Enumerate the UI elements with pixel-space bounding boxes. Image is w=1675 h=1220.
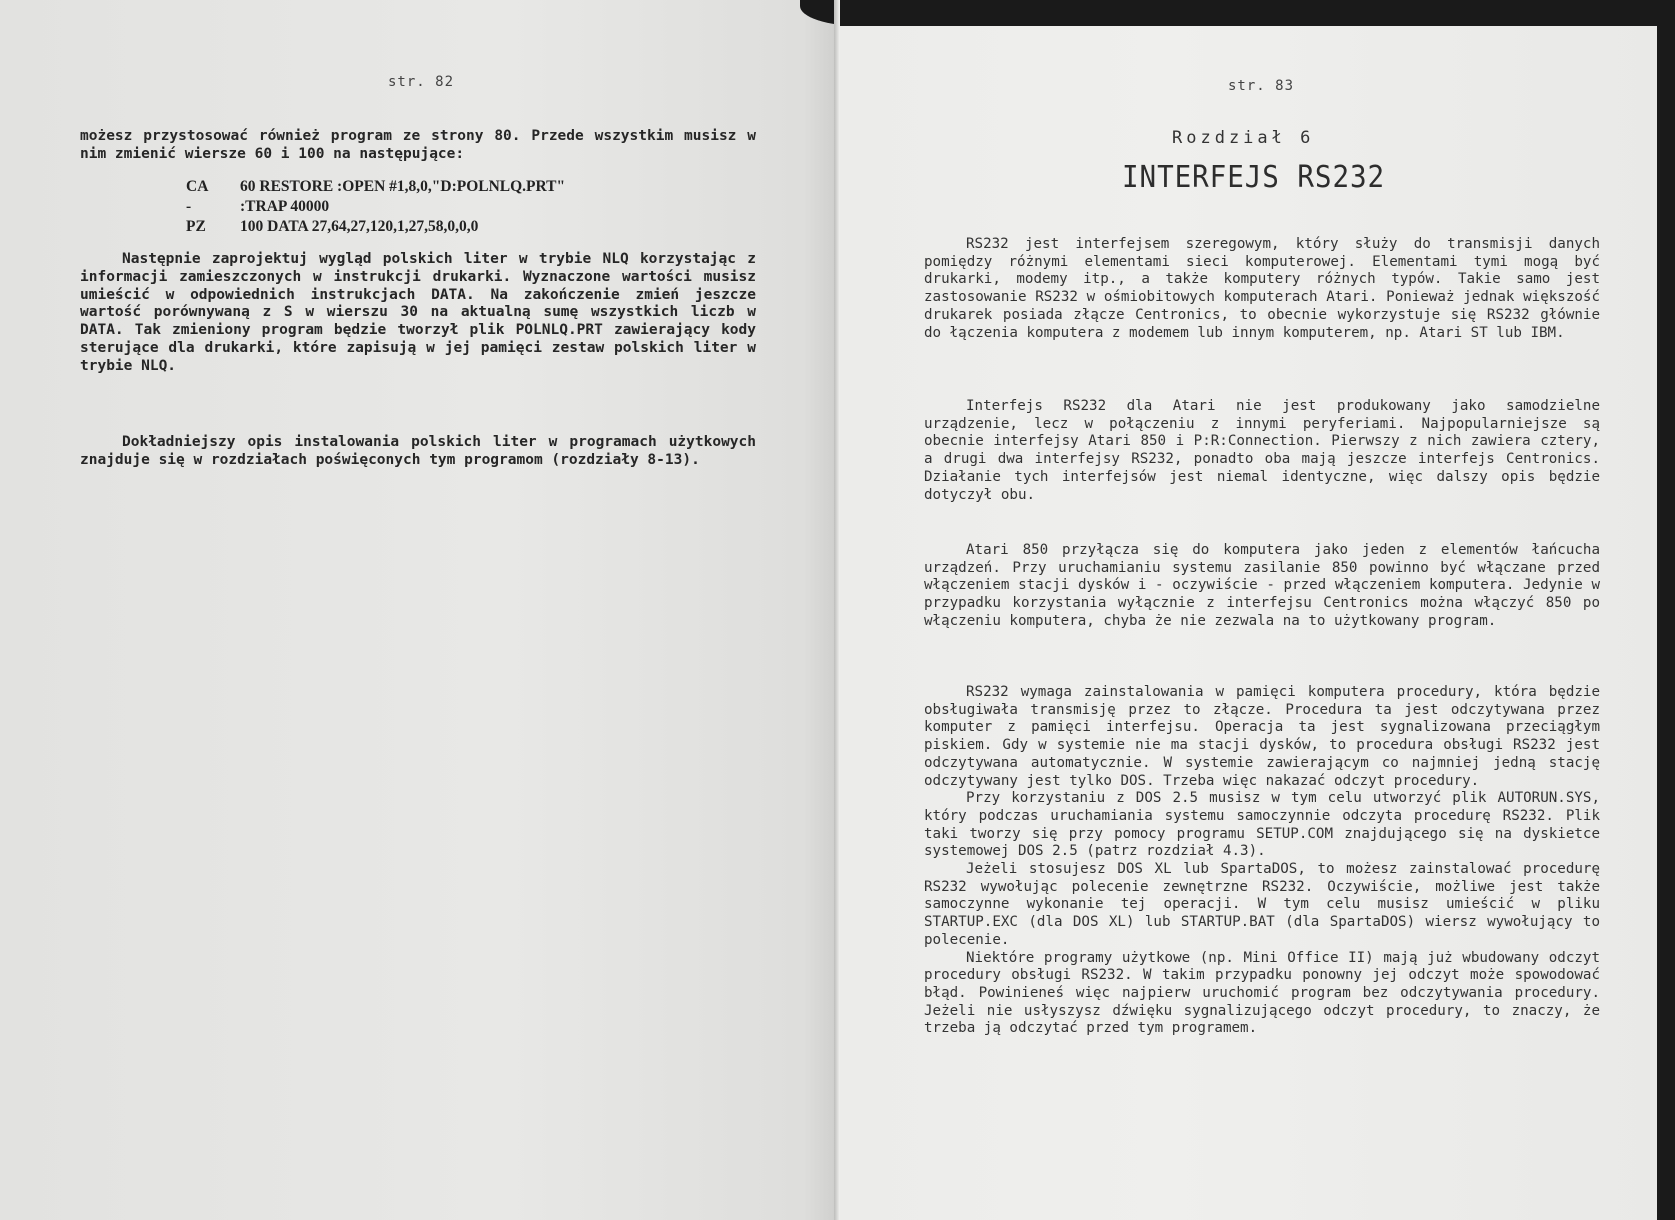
left-intro-paragraph: możesz przystosować również program ze s… — [80, 128, 756, 164]
code-row: CA 60 RESTORE :OPEN #1,8,0,"D:POLNLQ.PRT… — [186, 177, 565, 197]
code-line: 100 DATA 27,64,27,120,1,27,58,0,0,0 — [240, 217, 478, 237]
page-number-left: str. 82 — [388, 74, 454, 90]
paragraph: Przy korzystaniu z DOS 2.5 musisz w tym … — [924, 790, 1600, 861]
chapter-title: INTERFEJS RS232 — [1122, 160, 1385, 195]
paragraph: Jeżeli stosujesz DOS XL lub SpartaDOS, t… — [924, 861, 1600, 950]
right-section-2: Interfejs RS232 dla Atari nie jest produ… — [924, 398, 1600, 504]
paragraph: Atari 850 przyłącza się do komputera jak… — [924, 542, 1600, 631]
code-line: 60 RESTORE :OPEN #1,8,0,"D:POLNLQ.PRT" — [240, 177, 565, 197]
book-spine — [834, 0, 840, 1220]
code-row: - :TRAP 40000 — [186, 197, 565, 217]
right-section-3: Atari 850 przyłącza się do komputera jak… — [924, 542, 1600, 631]
left-paragraph-3: Dokładniejszy opis instalowania polskich… — [80, 434, 756, 470]
right-section-4: RS232 wymaga zainstalowania w pamięci ko… — [924, 684, 1600, 1038]
paragraph: RS232 wymaga zainstalowania w pamięci ko… — [924, 684, 1600, 790]
code-line: :TRAP 40000 — [240, 197, 329, 217]
code-margin-note: CA — [186, 177, 240, 197]
paragraph: Niektóre programy użytkowe (np. Mini Off… — [924, 950, 1600, 1039]
code-margin-note: PZ — [186, 217, 240, 237]
paragraph: Następnie zaprojektuj wygląd polskich li… — [80, 251, 756, 376]
chapter-label: Rozdział 6 — [1172, 128, 1314, 148]
code-margin-note: - — [186, 197, 240, 217]
paragraph: możesz przystosować również program ze s… — [80, 128, 756, 164]
code-row: PZ 100 DATA 27,64,27,120,1,27,58,0,0,0 — [186, 217, 565, 237]
paragraph: RS232 jest interfejsem szeregowym, który… — [924, 236, 1600, 342]
page-number-right: str. 83 — [1228, 78, 1294, 94]
code-listing: CA 60 RESTORE :OPEN #1,8,0,"D:POLNLQ.PRT… — [186, 177, 565, 237]
left-paragraph-2: Następnie zaprojektuj wygląd polskich li… — [80, 251, 756, 376]
paragraph: Dokładniejszy opis instalowania polskich… — [80, 434, 756, 470]
paragraph: Interfejs RS232 dla Atari nie jest produ… — [924, 398, 1600, 504]
right-section-1: RS232 jest interfejsem szeregowym, który… — [924, 236, 1600, 342]
